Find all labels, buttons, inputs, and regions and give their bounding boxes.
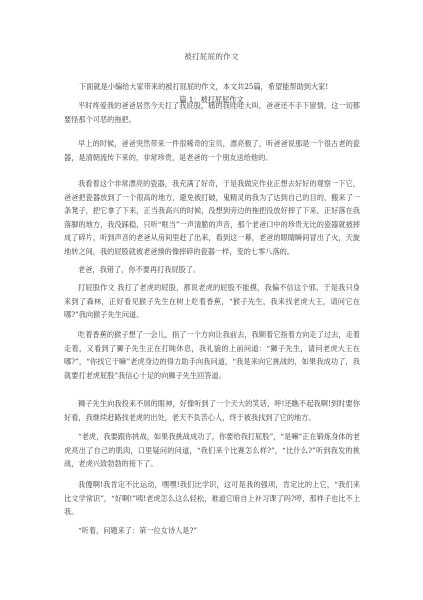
paragraph: “听着，问题来了：第一位女诗人是?” — [64, 524, 360, 538]
paragraph: 我看着这个非常漂亮的瓷器，我充满了好奇，于是我做完作业正想去好好的观察一下它，爸… — [64, 177, 360, 259]
paragraph: 平时疼爱我的爸爸居然今天打了我屁股，痛的我哇哇大叫，爸爸还不手下留情，这一切都要… — [64, 99, 360, 126]
paragraph: 早上的时候，爸爸突然带来一件很稀奇的宝贝，漂亮极了，听爸爸说那是一个很古老的瓷器… — [64, 137, 360, 164]
paragraph: 狮子先生向我投来不屑的眼神，好像听到了一个天大的笑话，呼!还瞧不起我啊!到时要你… — [64, 397, 360, 424]
document-title: 被打屁屁的作文 — [0, 51, 423, 62]
paragraph: 吃着香蕉的猴子想了一会儿，指了一个方向让我前去，我顺着它指着方向走了过去，走着走… — [64, 328, 360, 382]
paragraph: 打屁股作文 我打了老虎的屁股，都说老虎的屁股不能摸，我偏不信这个邪，于是我只身来… — [64, 281, 360, 322]
paragraph: 老爸，我错了，你不要再打我屁股了。 — [64, 263, 360, 277]
document-page: 被打屁屁的作文 下面就是小编给大家带来的被打屁屁的作文，本文共25篇，希望能帮助… — [0, 0, 423, 600]
paragraph: 我傻啊!我肯定不比运动，嘿嘿!我们比学识，这可是我的强项，肯定比的上它，“我们来… — [64, 478, 360, 519]
intro-text: 下面就是小编给大家带来的被打屁屁的作文，本文共25篇，希望能帮助到大家! — [79, 82, 379, 92]
paragraph: “老虎，我要跟你挑战，如果我挑战成功了，你要给我打屁股”，“是嘛”正在锻炼身体的… — [64, 430, 360, 471]
